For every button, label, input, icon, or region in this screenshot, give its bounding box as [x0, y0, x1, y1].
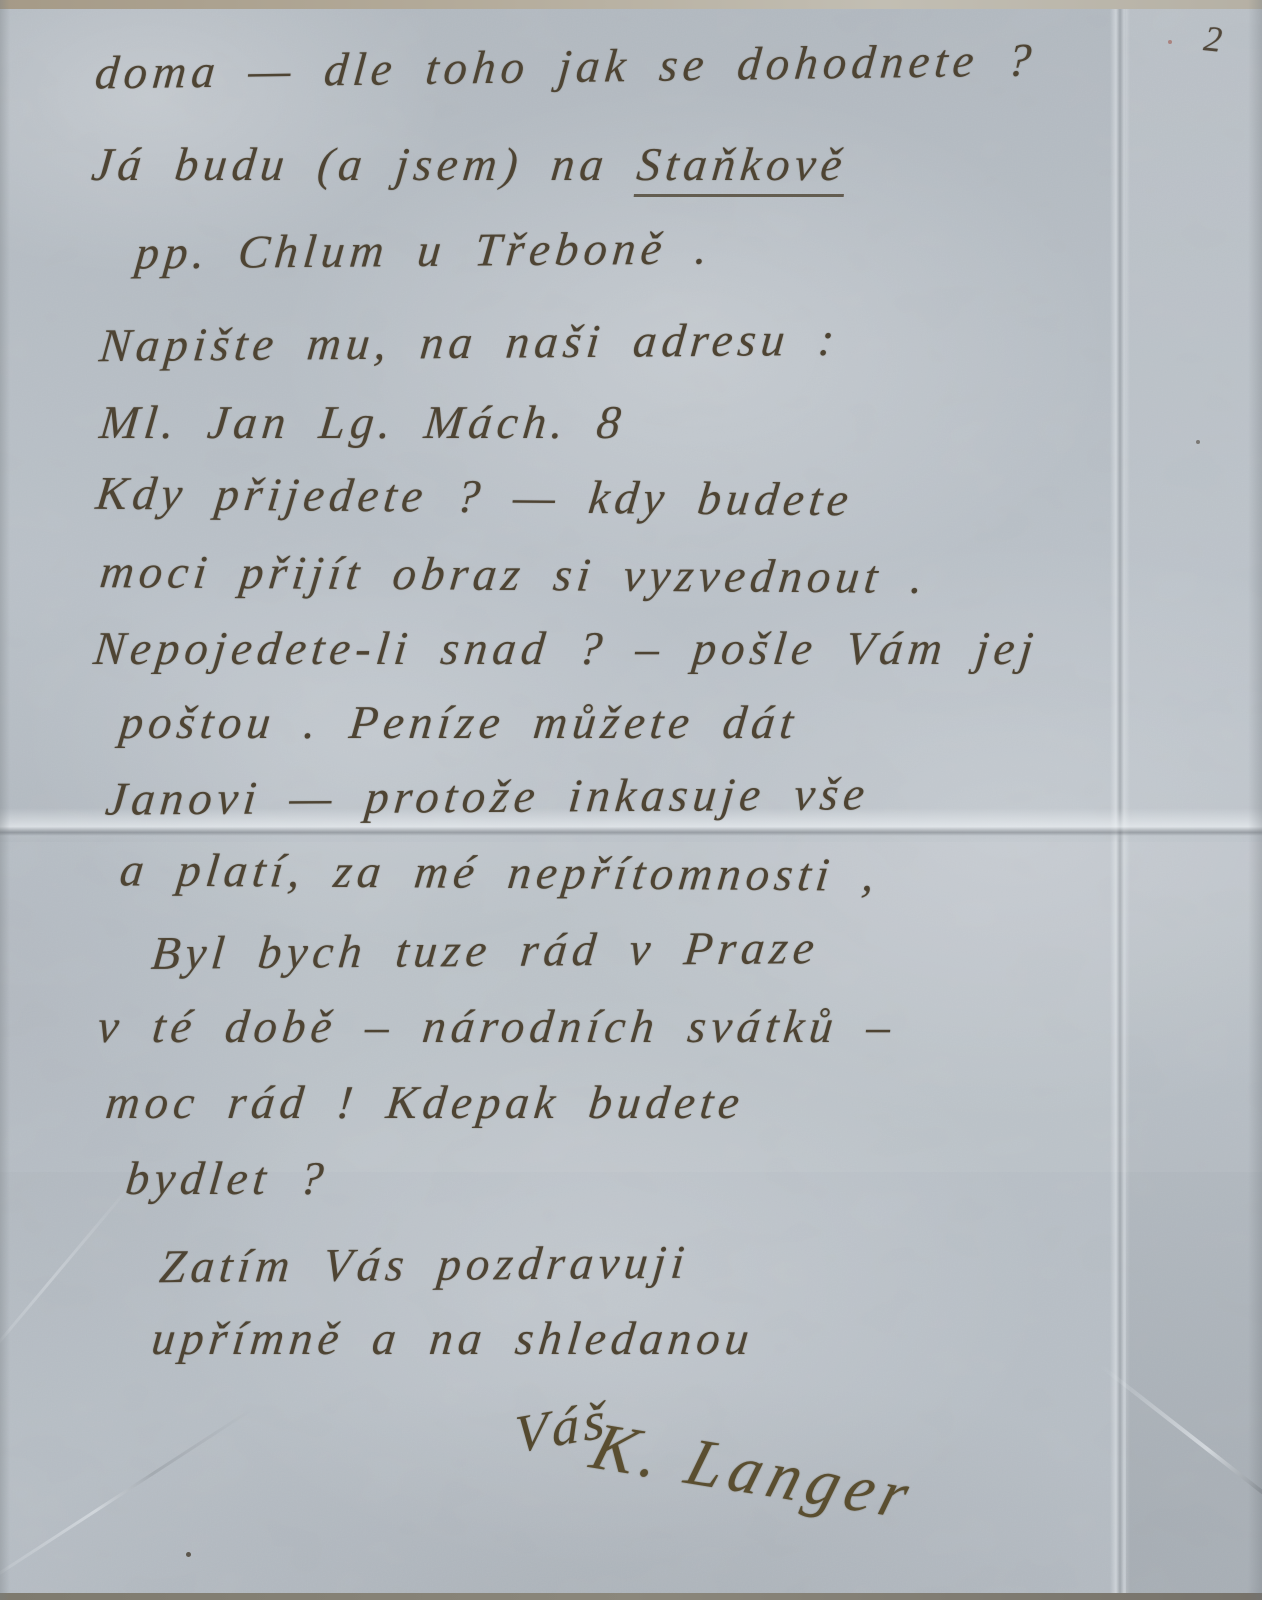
letter-line: Janovi — protože inkasuje vše	[103, 767, 872, 826]
letter-line: pp. Chlum u Třeboně .	[133, 221, 715, 280]
letter-line: Já budu (a jsem) na Staňkově	[89, 138, 849, 192]
letter-line: Zatím Vás pozdravuji	[157, 1236, 691, 1295]
paper-fleck	[1168, 40, 1172, 44]
letter-line: moc rád ! Kdepak budete	[103, 1076, 747, 1130]
ink-speck	[1196, 440, 1200, 444]
letter-photo: 2 doma — dle toho jak se dohodnete ? Já …	[0, 0, 1262, 1600]
paper-edge-bottom	[0, 1593, 1262, 1600]
letter-line: Kdy přijedete ? — kdy budete	[93, 467, 856, 528]
underlined-word: Staňkově	[634, 139, 850, 197]
letter-line: v té době – národních svátků –	[95, 1000, 898, 1054]
paper-edge-top	[0, 0, 1262, 9]
letter-line: moci přijít obraz si vyzvednout .	[97, 545, 931, 605]
letter-line: upřímně a na shledanou	[149, 1312, 756, 1366]
letter-line: a platí, za mé nepřítomnosti ,	[117, 843, 882, 902]
letter-line: Byl bych tuze rád v Praze	[149, 921, 821, 981]
paper-edge-right	[1248, 0, 1262, 1600]
letter-line-text: Já budu (a jsem) na	[89, 139, 640, 191]
letter-line: poštou . Peníze můžete dát	[117, 696, 801, 750]
letter-line: Napište mu, na naši adresu :	[97, 313, 842, 373]
letter-line: Ml. Jan Lg. Mách. 8	[97, 396, 628, 450]
letter-line: Nepojedete-li snad ? – pošle Vám jej	[91, 622, 1040, 676]
right-fold-panel-shading	[1126, 0, 1262, 1600]
paper-edge-left	[0, 0, 10, 1600]
letter-line: bydlet ?	[123, 1152, 331, 1206]
ink-speck	[186, 1552, 191, 1557]
